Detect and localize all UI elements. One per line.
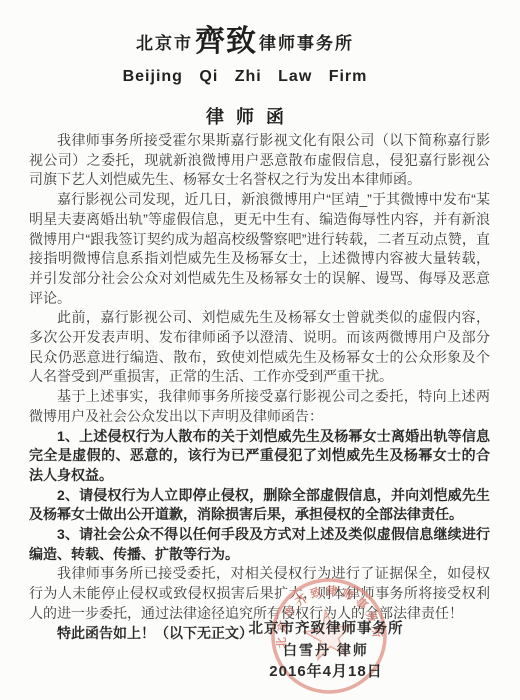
firm-name-en: Beijing Qi Zhi Law Firm xyxy=(0,68,490,86)
paragraph-facts: 嘉行影视公司发现，近几日，新浪微博用户“匡靖_”于其微博中发布“某明星夫妻离婚出… xyxy=(29,190,490,308)
demand-item-3: 3、请社会公众不得以任何手段及方式对上述及类似虚假信息继续进行编造、转载、传播、… xyxy=(29,525,490,564)
letterhead: 北京市齊致律师事务所 Beijing Qi Zhi Law Firm 律师函 xyxy=(0,16,490,129)
letter-title: 律师函 xyxy=(0,103,490,129)
signature-date: 2016年4月18日 xyxy=(228,661,424,683)
firm-name-emphasis: 齊致 xyxy=(195,25,257,58)
lawyer-letter-page: 北京市齊致律师事务所 Beijing Qi Zhi Law Firm 律师函 我… xyxy=(0,0,520,700)
firm-name-cn: 北京市齊致律师事务所 xyxy=(0,16,490,60)
signature-lawyer: 白雪丹 律师 xyxy=(228,640,424,661)
paragraph-declaration: 基于上述事实，我律师事务所接受嘉行影视公司之委托，特向上述两微博用户及社会公众发… xyxy=(29,387,490,426)
letter-body: 我律师事务所接受霍尔果斯嘉行影视文化有限公司（以下简称嘉行影视公司）之委托，现就… xyxy=(29,131,490,643)
demand-item-2: 2、请侵权行为人立即停止侵权，删除全部虚假信息，并向刘恺威先生及杨幂女士做出公开… xyxy=(29,486,490,525)
firm-name-suffix: 律师事务所 xyxy=(259,34,354,53)
paragraph-history: 此前，嘉行影视公司、刘恺威先生及杨幂女士曾就类似的虚假内容，多次公开发表声明、发… xyxy=(29,308,490,387)
signature-block: 北京市齐致律师事务所 白雪丹 律师 2016年4月18日 xyxy=(228,618,424,683)
firm-name-prefix: 北京市 xyxy=(136,34,193,53)
paragraph-intro: 我律师事务所接受霍尔果斯嘉行影视文化有限公司（以下简称嘉行影视公司）之委托，现就… xyxy=(29,131,490,190)
signature-firm: 北京市齐致律师事务所 xyxy=(228,618,424,640)
demand-item-1: 1、上述侵权行为人散布的关于刘恺威先生及杨幂女士离婚出轨等信息完全是虚假的、恶意… xyxy=(29,427,490,486)
